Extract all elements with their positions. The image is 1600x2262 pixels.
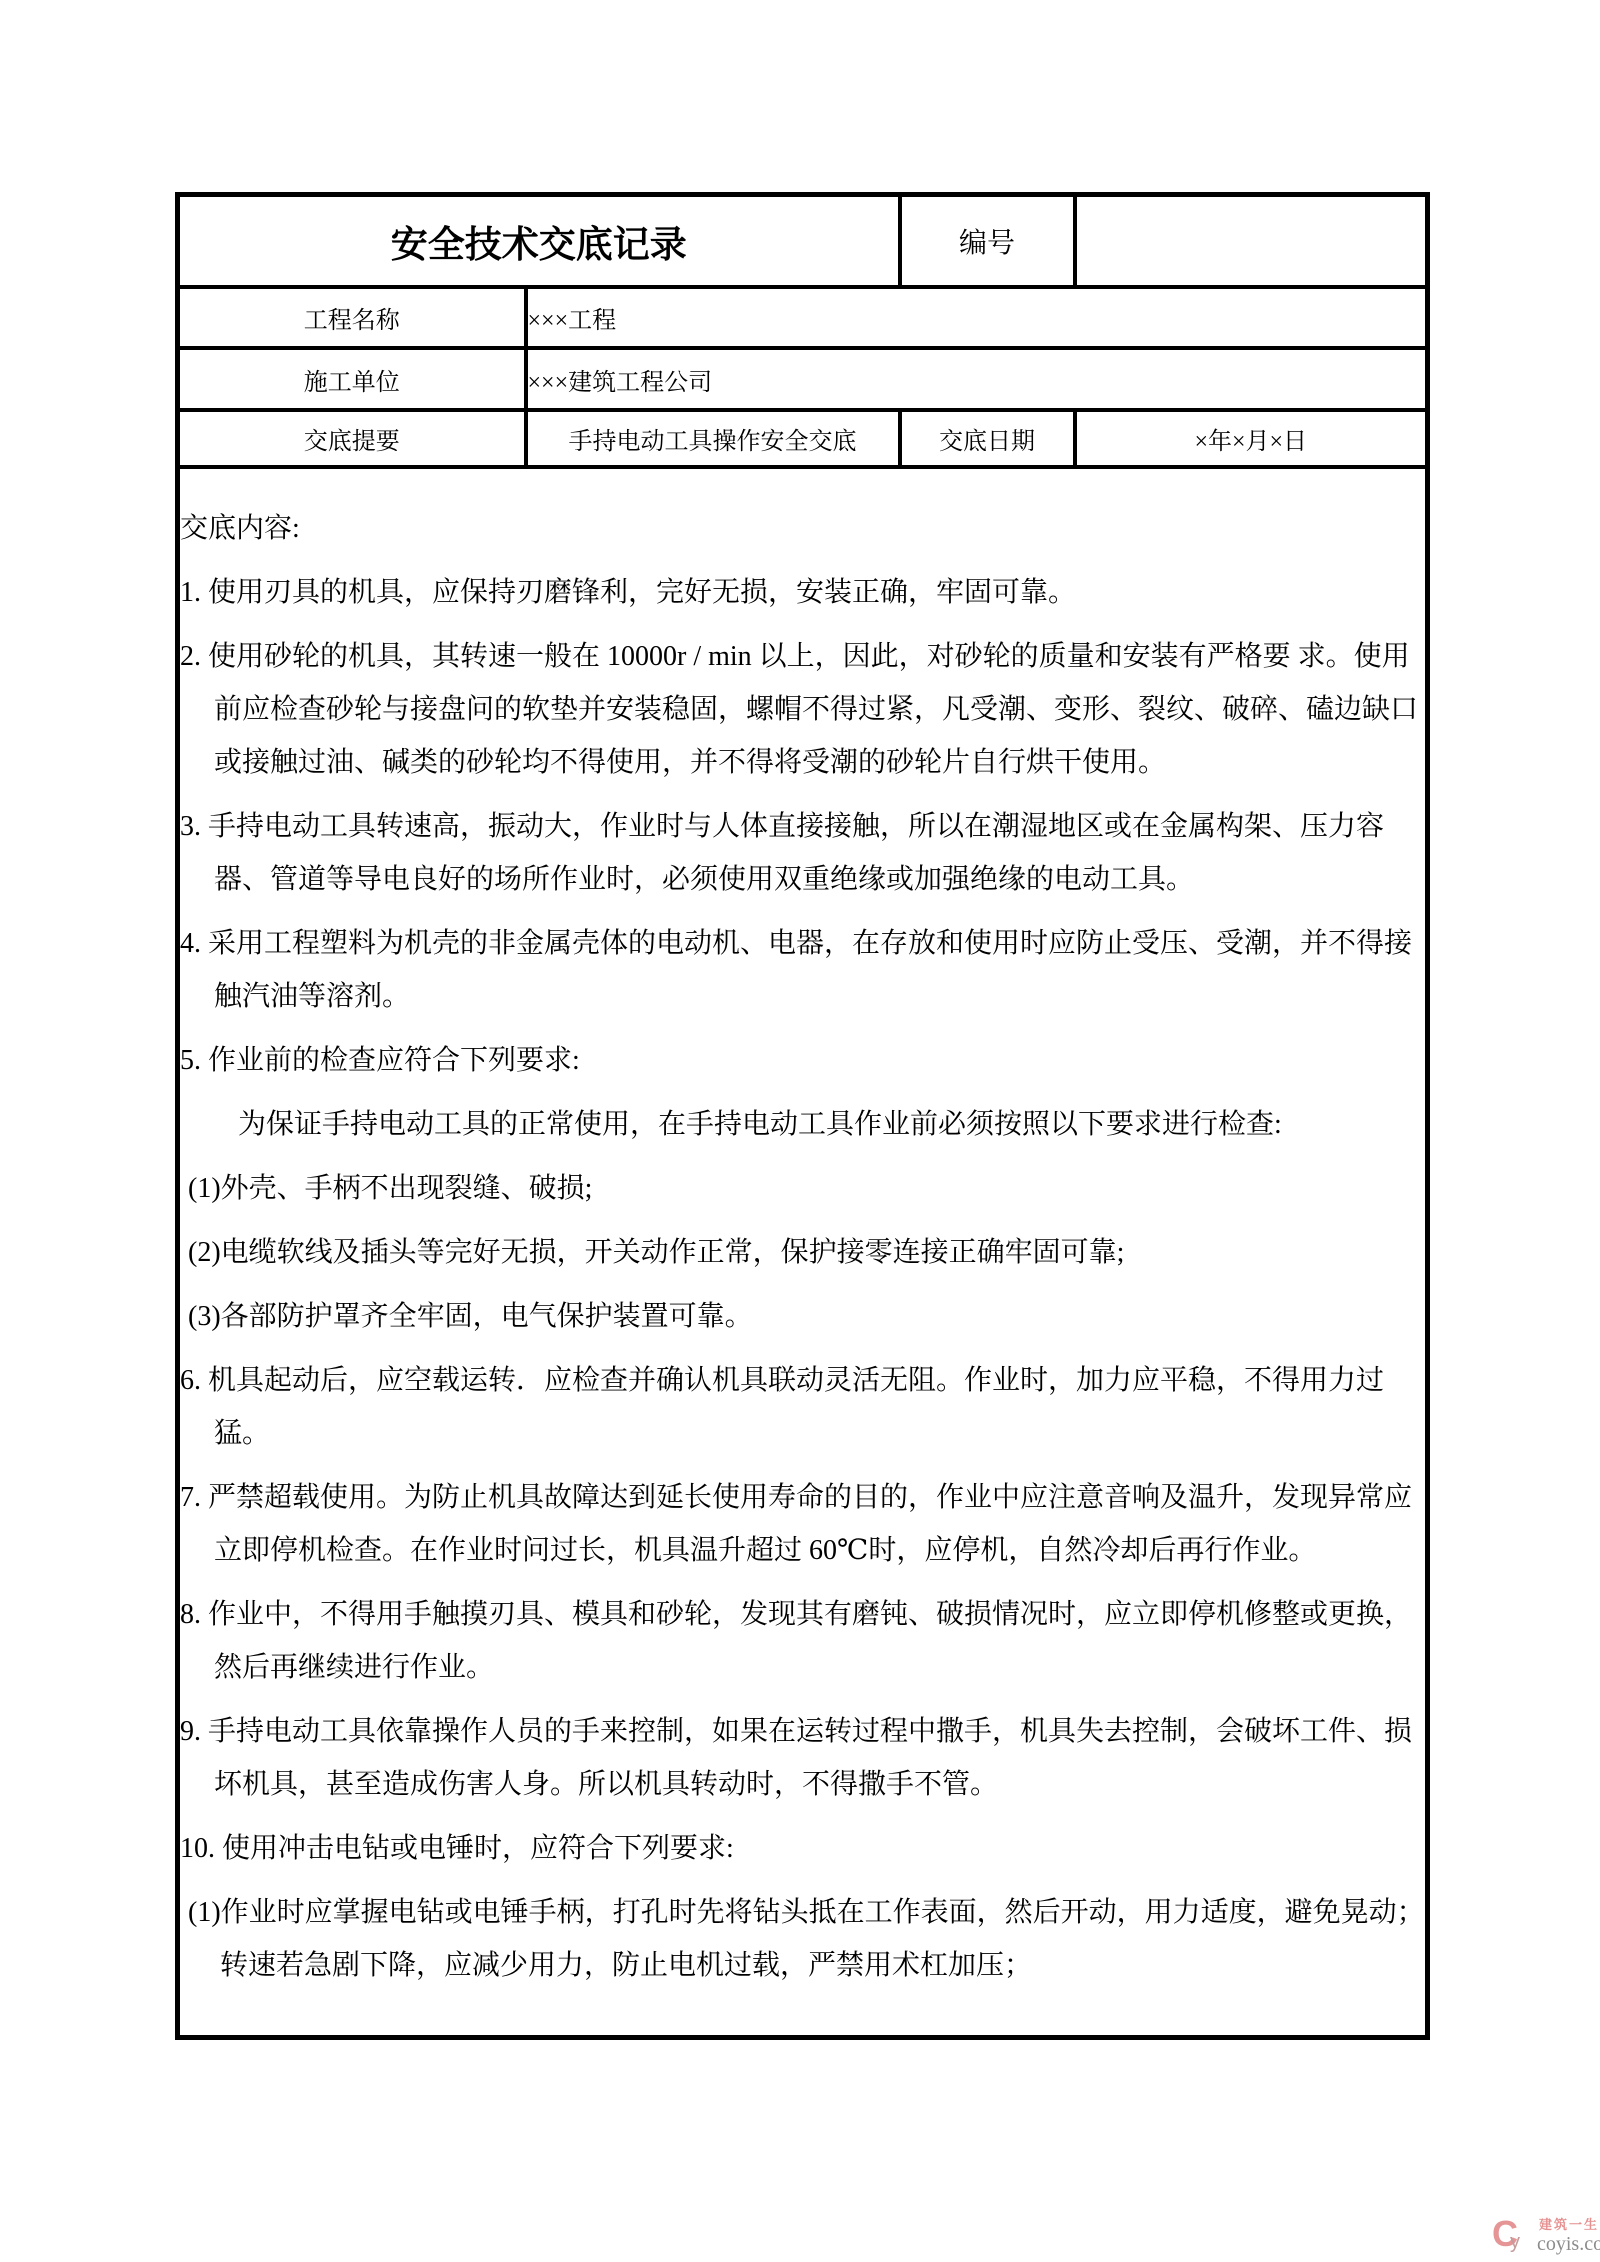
safety-disclosure-table: 安全技术交底记录 编号 工程名称 ×××工程 施工单位 ×××建筑工程公司 交底… [175,192,1430,2040]
project-row: 工程名称 ×××工程 [178,287,1428,348]
content-paragraph: 2. 使用砂轮的机具，其转速一般在 10000r / min 以上，因此，对砂轮… [180,630,1425,789]
content-paragraph: 10. 使用冲击电钻或电锤时，应符合下列要求: [180,1822,1425,1875]
content-paragraph: 为保证手持电动工具的正常使用，在手持电动工具作业前必须按照以下要求进行检查: [180,1098,1425,1151]
coyis-logo-y-icon: y [1510,2232,1520,2252]
number-value [1075,195,1428,288]
content-paragraph: 9. 手持电动工具依靠操作人员的手来控制，如果在运转过程中撒手，机具失去控制，会… [180,1705,1425,1811]
project-name-label: 工程名称 [178,287,526,348]
content-paragraph: 4. 采用工程塑料为机壳的非金属壳体的电动机、电器，在存放和使用时应防止受压、受… [180,917,1425,1023]
document-page: 安全技术交底记录 编号 工程名称 ×××工程 施工单位 ×××建筑工程公司 交底… [0,0,1600,2262]
content-row: 交底内容: 1. 使用刃具的机具，应保持刃磨锋利，完好无损，安装正确，牢固可靠。… [178,467,1428,2038]
content-paragraph: 3. 手持电动工具转速高，振动大，作业时与人体直接接触，所以在潮湿地区或在金属构… [180,800,1425,906]
content-paragraph: 1. 使用刃具的机具，应保持刃磨锋利，完好无损，安装正确，牢固可靠。 [180,566,1425,619]
content-paragraph: 7. 严禁超载使用。为防止机具故障达到延长使用寿命的目的，作业中应注意音响及温升… [180,1471,1425,1577]
content-paragraph: (3)各部防护罩齐全牢固，电气保护装置可靠。 [180,1290,1425,1343]
construction-unit-row: 施工单位 ×××建筑工程公司 [178,348,1428,410]
coyis-site-url: coyis.com [1537,2234,1600,2254]
construction-unit-value: ×××建筑工程公司 [526,348,1428,410]
content-paragraph: (1)作业时应掌握电钻或电锤手柄，打孔时先将钻头抵在工作表面，然后开动，用力适度… [180,1886,1425,1992]
coyis-watermark: C y 建筑一生 coyis.com [1492,2216,1600,2262]
content-paragraph: 6. 机具起动后，应空载运转．应检查并确认机具联动灵活无阻。作业时，加力应平稳，… [180,1354,1425,1460]
summary-row: 交底提要 手持电动工具操作安全交底 交底日期 ×年×月×日 [178,410,1428,467]
summary-value: 手持电动工具操作安全交底 [526,410,900,467]
disclosure-date-value: ×年×月×日 [1075,410,1428,467]
content-paragraph: (2)电缆软线及插头等完好无损，开关动作正常，保护接零连接正确牢固可靠; [180,1226,1425,1279]
summary-label: 交底提要 [178,410,526,467]
construction-unit-label: 施工单位 [178,348,526,410]
doc-title: 安全技术交底记录 [178,195,900,288]
content-paragraph: 8. 作业中，不得用手触摸刃具、模具和砂轮，发现其有磨钝、破损情况时，应立即停机… [180,1588,1425,1694]
title-row: 安全技术交底记录 编号 [178,195,1428,288]
disclosure-date-label: 交底日期 [900,410,1075,467]
content-paragraphs: 1. 使用刃具的机具，应保持刃磨锋利，完好无损，安装正确，牢固可靠。2. 使用砂… [180,566,1425,1992]
project-name-value: ×××工程 [526,287,1428,348]
content-cell: 交底内容: 1. 使用刃具的机具，应保持刃磨锋利，完好无损，安装正确，牢固可靠。… [178,467,1428,2038]
content-heading: 交底内容: [180,502,1425,555]
coyis-tagline: 建筑一生 [1539,2218,1599,2231]
number-label: 编号 [900,195,1075,288]
content-paragraph: 5. 作业前的检查应符合下列要求: [180,1034,1425,1087]
content-paragraph: (1)外壳、手柄不出现裂缝、破损; [180,1162,1425,1215]
